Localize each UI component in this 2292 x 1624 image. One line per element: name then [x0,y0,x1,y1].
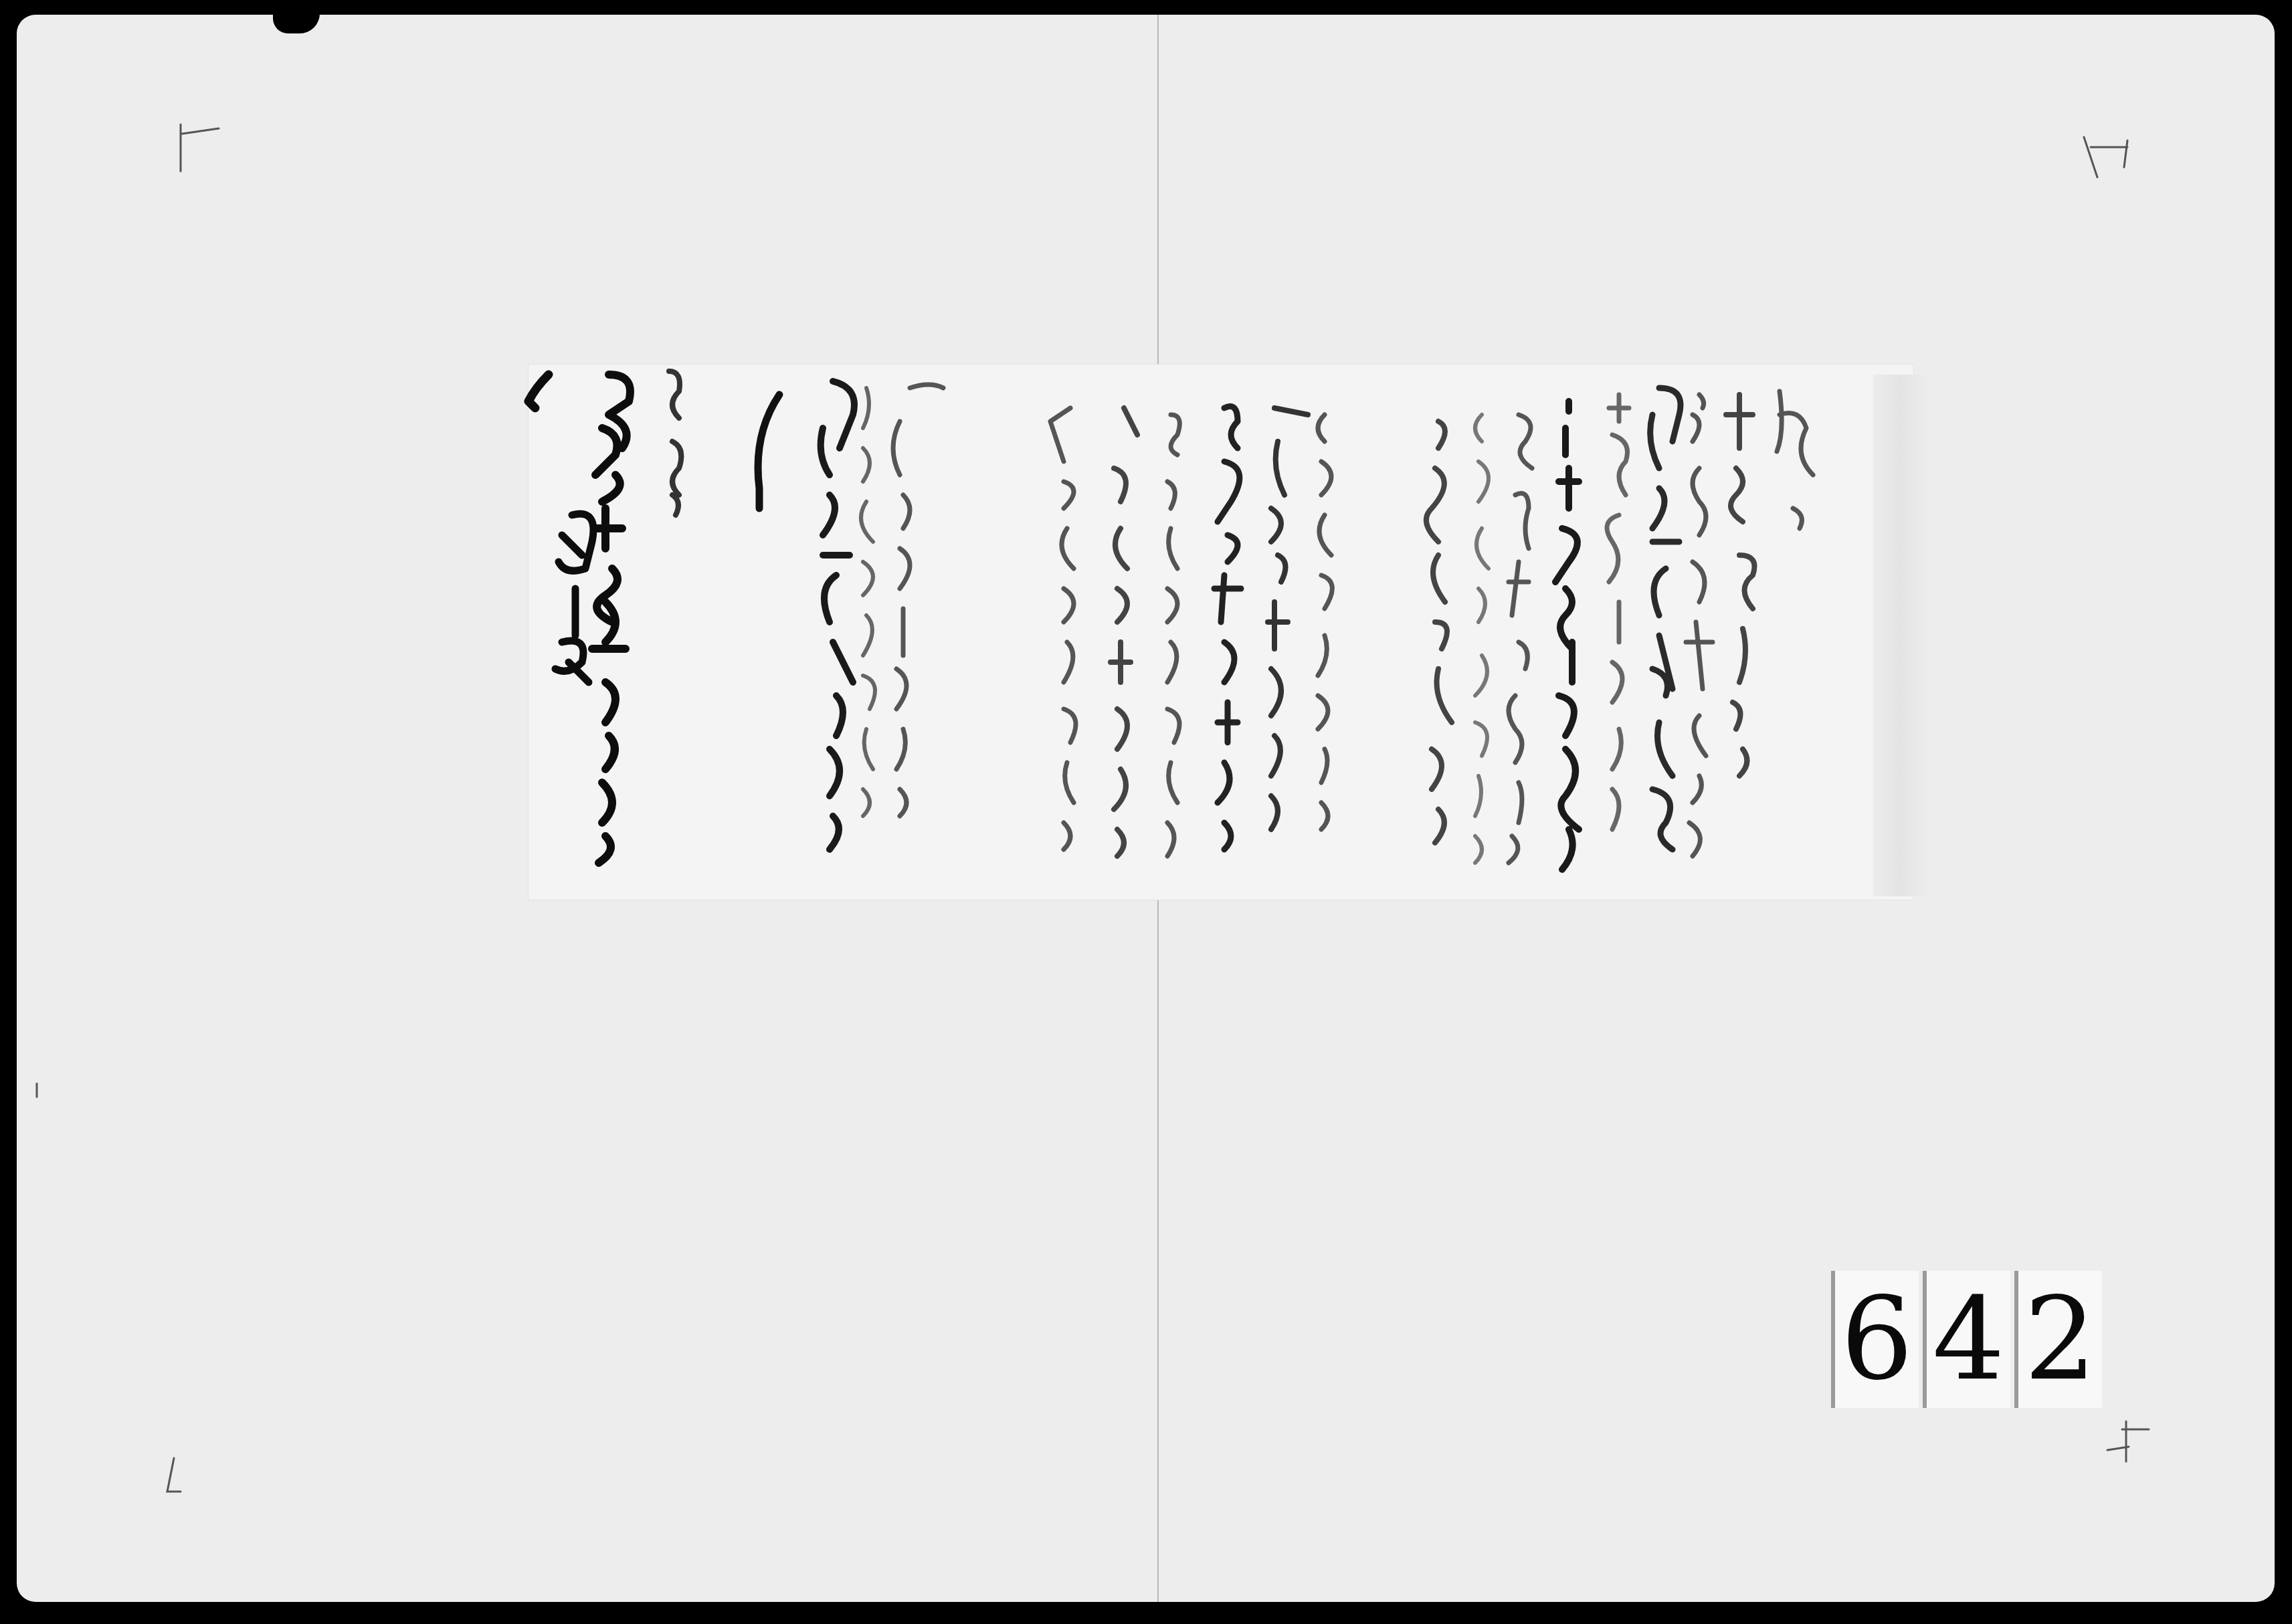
bottom-left-corner-mark [167,1458,181,1492]
label-digit-2: 4 [1923,1271,2010,1408]
top-left-corner-mark [181,124,219,171]
top-right-corner-mark [2084,137,2127,177]
label-digit-1: 6 [1831,1271,1919,1408]
label-digit-3: 2 [2014,1271,2102,1408]
archive-number-label: 6 4 2 [1831,1271,2102,1411]
bottom-right-cross-mark [2107,1421,2149,1461]
